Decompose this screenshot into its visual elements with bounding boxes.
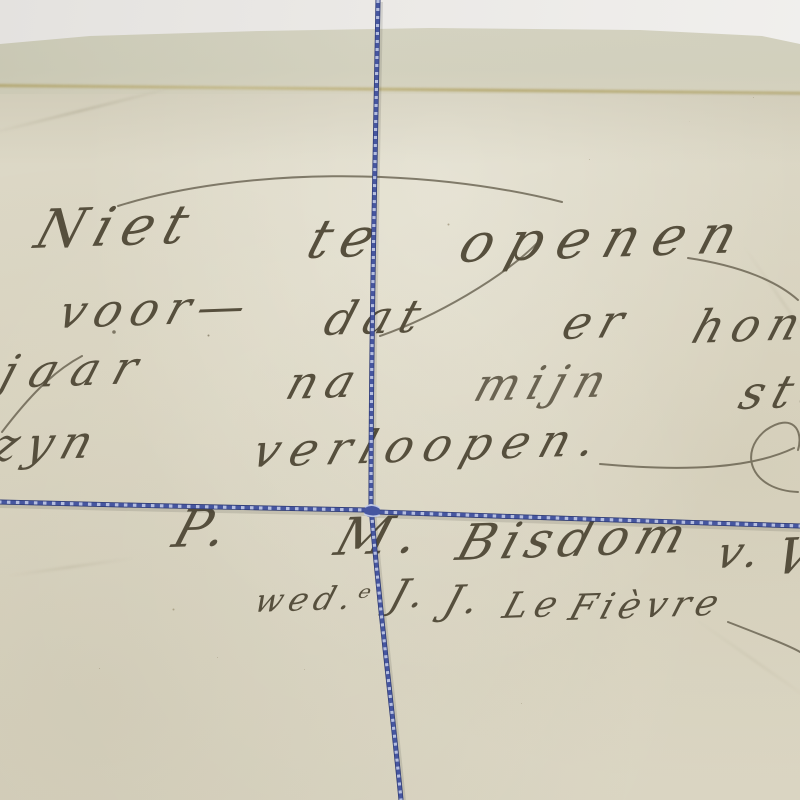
handwritten-word: openen bbox=[452, 202, 760, 275]
signature-word: J. bbox=[438, 577, 493, 624]
handwritten-word: verloopen. bbox=[246, 412, 614, 478]
photo-of-document: Niet te openen voor— dat er hon jaar na … bbox=[0, 0, 800, 800]
handwritten-word: Niet bbox=[28, 193, 206, 261]
handwritten-word: te bbox=[300, 205, 393, 271]
signature-word: Bisdom bbox=[450, 506, 700, 572]
handwritten-word: zyn bbox=[0, 414, 109, 472]
signature-word: J. bbox=[384, 571, 439, 618]
signature-word: v. bbox=[710, 526, 776, 579]
signature-word: Le bbox=[498, 584, 570, 627]
handwritten-word: er bbox=[556, 294, 639, 350]
handwritten-word: dat bbox=[318, 289, 436, 346]
signature-word: P. bbox=[166, 498, 245, 560]
signature-word: M. bbox=[328, 505, 436, 568]
handwritten-word: jaar bbox=[0, 340, 159, 399]
signature-word: wed.ᵉ bbox=[250, 578, 381, 620]
signature-word: Fièvre bbox=[564, 583, 730, 629]
handwritten-word: voor— bbox=[52, 278, 262, 339]
handwritten-word: mijn bbox=[468, 353, 622, 412]
handwritten-word: ste bbox=[733, 363, 800, 420]
handwriting: Niet te openen voor— dat er hon jaar na … bbox=[0, 0, 800, 800]
handwritten-word: na bbox=[280, 353, 371, 410]
handwritten-word: hon bbox=[686, 296, 800, 354]
